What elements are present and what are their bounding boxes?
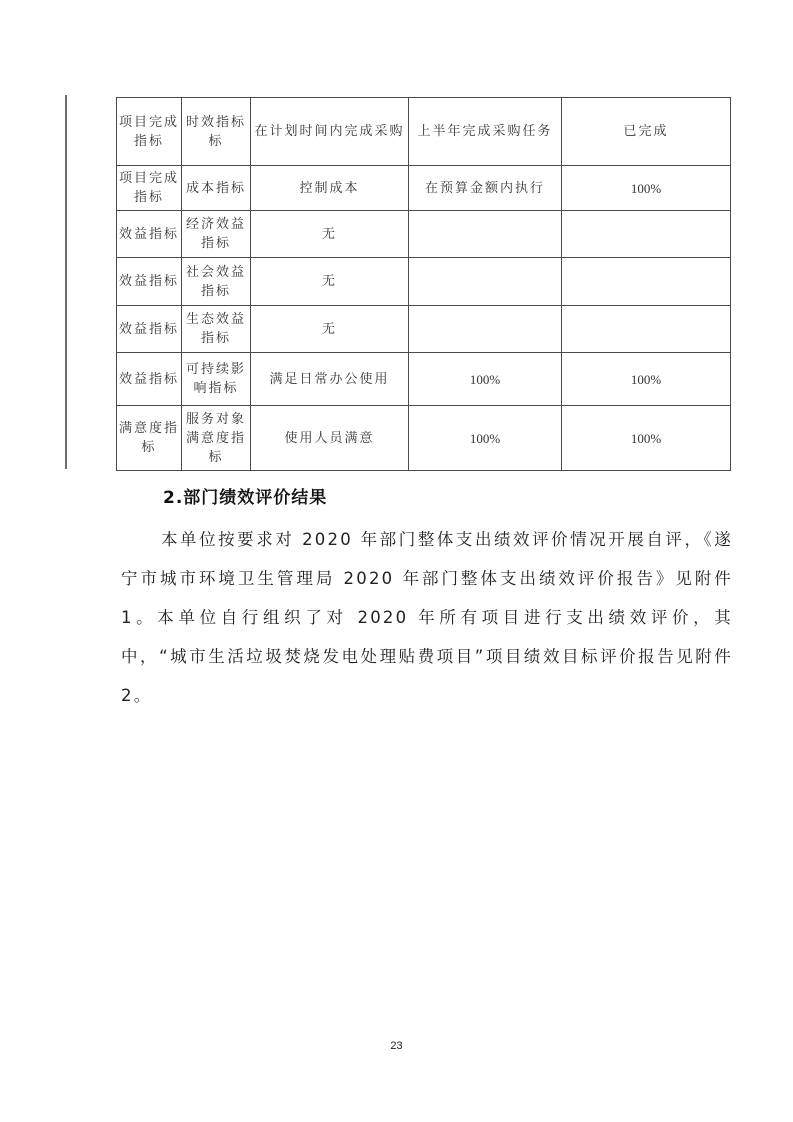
target-cell: 100% bbox=[409, 353, 562, 406]
level1-indicator-cell: 效益指标 bbox=[117, 353, 182, 406]
indicator-cell: 在计划时间内完成采购 bbox=[251, 98, 409, 166]
level1-indicator-cell: 项目完成指标 bbox=[117, 98, 182, 166]
level1-indicator-cell: 效益指标 bbox=[117, 211, 182, 258]
section-heading: 2.部门绩效评价结果 bbox=[163, 483, 327, 508]
indicator-cell: 无 bbox=[251, 258, 409, 306]
indicator-cell: 控制成本 bbox=[251, 166, 409, 211]
level1-indicator-cell: 效益指标 bbox=[117, 306, 182, 353]
actual-cell: 100% bbox=[562, 353, 731, 406]
page-number: 23 bbox=[0, 1040, 793, 1052]
margin-rule bbox=[65, 95, 67, 469]
level1-indicator-cell: 满意度指标 bbox=[117, 406, 182, 471]
body-paragraph: 本单位按要求对 2020 年部门整体支出绩效评价情况开展自评，《遂宁市城市环境卫… bbox=[121, 520, 733, 715]
target-cell: 在预算金额内执行 bbox=[409, 166, 562, 211]
level2-indicator-cell: 社会效益指标 bbox=[182, 258, 251, 306]
actual-cell bbox=[562, 258, 731, 306]
target-cell: 上半年完成采购任务 bbox=[409, 98, 562, 166]
actual-cell: 100% bbox=[562, 406, 731, 471]
target-cell bbox=[409, 258, 562, 306]
table-row: 满意度指标 服务对象满意度指标 使用人员满意 100% 100% bbox=[117, 406, 731, 471]
table-row: 项目完成指标 成本指标 控制成本 在预算金额内执行 100% bbox=[117, 166, 731, 211]
actual-cell: 100% bbox=[562, 166, 731, 211]
indicator-cell: 无 bbox=[251, 211, 409, 258]
level1-indicator-cell: 项目完成指标 bbox=[117, 166, 182, 211]
level2-indicator-cell: 经济效益指标 bbox=[182, 211, 251, 258]
target-cell: 100% bbox=[409, 406, 562, 471]
actual-cell: 已完成 bbox=[562, 98, 731, 166]
table-row: 效益指标 经济效益指标 无 bbox=[117, 211, 731, 258]
level1-indicator-cell: 效益指标 bbox=[117, 258, 182, 306]
actual-cell bbox=[562, 211, 731, 258]
level2-indicator-cell: 时效指标标 bbox=[182, 98, 251, 166]
performance-indicator-table: 项目完成指标 时效指标标 在计划时间内完成采购 上半年完成采购任务 已完成 项目… bbox=[116, 97, 731, 471]
target-cell bbox=[409, 306, 562, 353]
level2-indicator-cell: 成本指标 bbox=[182, 166, 251, 211]
level2-indicator-cell: 生态效益指标 bbox=[182, 306, 251, 353]
table-row: 项目完成指标 时效指标标 在计划时间内完成采购 上半年完成采购任务 已完成 bbox=[117, 98, 731, 166]
target-cell bbox=[409, 211, 562, 258]
indicator-cell: 使用人员满意 bbox=[251, 406, 409, 471]
indicator-cell: 满足日常办公使用 bbox=[251, 353, 409, 406]
level2-indicator-cell: 服务对象满意度指标 bbox=[182, 406, 251, 471]
table-row: 效益指标 生态效益指标 无 bbox=[117, 306, 731, 353]
table-row: 效益指标 社会效益指标 无 bbox=[117, 258, 731, 306]
table-row: 效益指标 可持续影响指标 满足日常办公使用 100% 100% bbox=[117, 353, 731, 406]
indicator-cell: 无 bbox=[251, 306, 409, 353]
level2-indicator-cell: 可持续影响指标 bbox=[182, 353, 251, 406]
actual-cell bbox=[562, 306, 731, 353]
